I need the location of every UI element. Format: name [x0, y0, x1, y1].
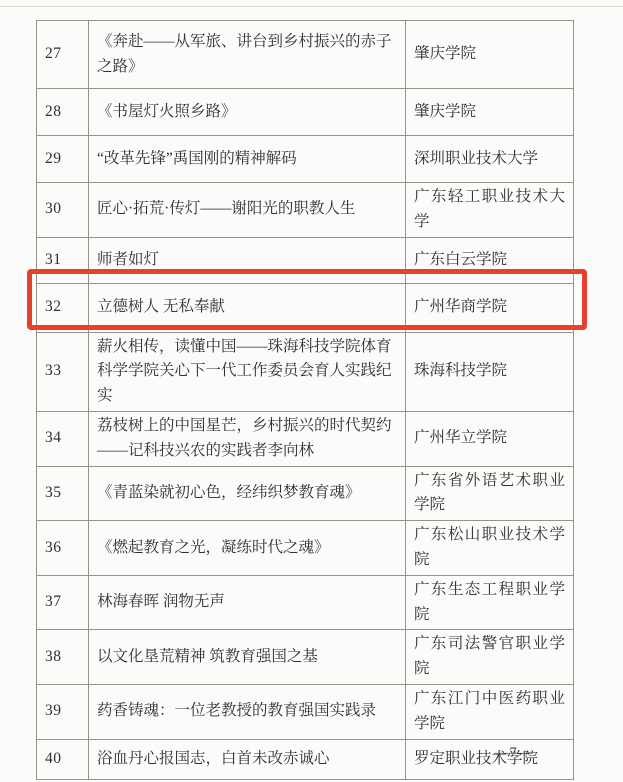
table-row: 29 “改革先锋”禹国刚的精神解码 深圳职业技术大学	[37, 136, 574, 183]
row-number: 31	[37, 237, 89, 283]
row-number: 32	[37, 283, 89, 332]
row-number: 39	[37, 684, 89, 739]
entry-title: 《燃起教育之光，凝练时代之魂》	[89, 521, 406, 576]
table-row: 40 浴血丹心报国志，白首未改赤诚心 罗定职业技术学院	[37, 739, 574, 779]
table-row: 35 《青蓝染就初心色，经纬织梦教育魂》 广东省外语艺术职业学院	[37, 466, 574, 521]
row-number: 29	[37, 136, 89, 183]
entry-title: 立德树人 无私奉献	[89, 283, 406, 332]
entry-institution: 广东轻工职业技术大学	[406, 183, 574, 238]
row-number: 35	[37, 466, 89, 521]
scan-artifact-line	[0, 6, 623, 7]
entry-title: 以文化垦荒精神 筑教育强国之基	[89, 630, 406, 685]
table-row: 31 师者如灯 广东白云学院	[37, 237, 574, 283]
award-entries-table: 27 《奔赴——从军旅、讲台到乡村振兴的赤子之路》 肇庆学院 28 《书屋灯火照…	[36, 20, 574, 780]
entry-title: “改革先锋”禹国刚的精神解码	[89, 136, 406, 183]
entry-title: 匠心·拓荒·传灯——谢阳光的职教人生	[89, 183, 406, 238]
row-number: 30	[37, 183, 89, 238]
entry-institution: 广东省外语艺术职业学院	[406, 466, 574, 521]
entry-institution: 广东白云学院	[406, 237, 574, 283]
entry-institution: 肇庆学院	[406, 89, 574, 136]
entry-institution: 罗定职业技术学院	[406, 739, 574, 779]
page-number: —7—	[494, 745, 533, 762]
row-number: 33	[37, 332, 89, 411]
row-number: 27	[37, 21, 89, 89]
entry-title: 《青蓝染就初心色，经纬织梦教育魂》	[89, 466, 406, 521]
entry-title: 师者如灯	[89, 237, 406, 283]
table-row: 37 林海春晖 润物无声 广东生态工程职业学院	[37, 575, 574, 630]
table-row: 39 药香铸魂：一位老教授的教育强国实践录 广东江门中医药职业学院	[37, 684, 574, 739]
row-number: 34	[37, 411, 89, 466]
table-row: 30 匠心·拓荒·传灯——谢阳光的职教人生 广东轻工职业技术大学	[37, 183, 574, 238]
row-number: 40	[37, 739, 89, 779]
entry-institution: 广州华立学院	[406, 411, 574, 466]
entry-title: 浴血丹心报国志，白首未改赤诚心	[89, 739, 406, 779]
entry-title: 林海春晖 润物无声	[89, 575, 406, 630]
table-row: 36 《燃起教育之光，凝练时代之魂》 广东松山职业技术学院	[37, 521, 574, 576]
entry-institution: 广州华商学院	[406, 283, 574, 332]
table-row: 33 薪火相传，读懂中国——珠海科技学院体育科学学院关心下一代工作委员会育人实践…	[37, 332, 574, 411]
entry-title: 薪火相传，读懂中国——珠海科技学院体育科学学院关心下一代工作委员会育人实践纪实	[89, 332, 406, 411]
entry-title: 《书屋灯火照乡路》	[89, 89, 406, 136]
row-number: 38	[37, 630, 89, 685]
table-row: 32 立德树人 无私奉献 广州华商学院	[37, 283, 574, 332]
table-row: 34 荔枝树上的中国星芒，乡村振兴的时代契约——记科技兴农的实践者李向林 广州华…	[37, 411, 574, 466]
entry-title: 荔枝树上的中国星芒，乡村振兴的时代契约——记科技兴农的实践者李向林	[89, 411, 406, 466]
table-row: 27 《奔赴——从军旅、讲台到乡村振兴的赤子之路》 肇庆学院	[37, 21, 574, 89]
row-number: 37	[37, 575, 89, 630]
entry-title: 药香铸魂：一位老教授的教育强国实践录	[89, 684, 406, 739]
row-number: 36	[37, 521, 89, 576]
row-number: 28	[37, 89, 89, 136]
entry-institution: 广东松山职业技术学院	[406, 521, 574, 576]
table-body: 27 《奔赴——从军旅、讲台到乡村振兴的赤子之路》 肇庆学院 28 《书屋灯火照…	[37, 21, 574, 780]
entry-institution: 深圳职业技术大学	[406, 136, 574, 183]
entry-institution: 肇庆学院	[406, 21, 574, 89]
entry-institution: 广东生态工程职业学院	[406, 575, 574, 630]
scanned-document-page: 27 《奔赴——从军旅、讲台到乡村振兴的赤子之路》 肇庆学院 28 《书屋灯火照…	[0, 0, 623, 782]
entry-institution: 珠海科技学院	[406, 332, 574, 411]
table-row: 28 《书屋灯火照乡路》 肇庆学院	[37, 89, 574, 136]
entry-institution: 广东江门中医药职业学院	[406, 684, 574, 739]
table-row: 38 以文化垦荒精神 筑教育强国之基 广东司法警官职业学院	[37, 630, 574, 685]
entry-institution: 广东司法警官职业学院	[406, 630, 574, 685]
entry-title: 《奔赴——从军旅、讲台到乡村振兴的赤子之路》	[89, 21, 406, 89]
